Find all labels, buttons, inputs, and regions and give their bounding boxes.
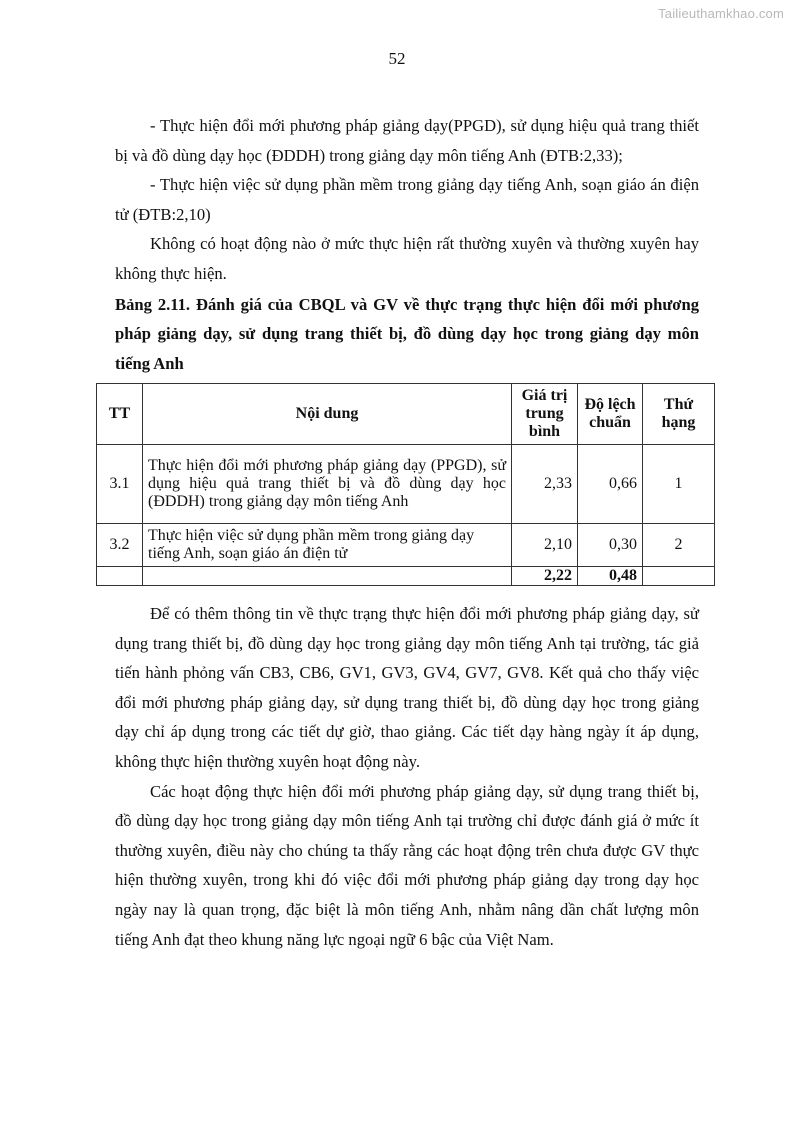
cell-sd: 0,66: [578, 445, 643, 524]
watermark: Tailieuthamkhao.com: [658, 6, 784, 21]
total-content: [143, 567, 512, 586]
table-total-row: 2,22 0,48: [97, 567, 715, 586]
table-row: 3.2 Thực hiện việc sử dụng phần mềm tron…: [97, 524, 715, 567]
header-sd: Độ lệch chuẩn: [578, 384, 643, 445]
header-content: Nội dung: [143, 384, 512, 445]
table-header-row: TT Nội dung Giá trị trung bình Độ lệch c…: [97, 384, 715, 445]
cell-sd: 0,30: [578, 524, 643, 567]
header-tt: TT: [97, 384, 143, 445]
table-caption: Bảng 2.11. Đánh giá của CBQL và GV về th…: [115, 290, 699, 378]
cell-mean: 2,10: [512, 524, 578, 567]
cell-tt: 3.2: [97, 524, 143, 567]
header-rank: Thứ hạng: [643, 384, 715, 445]
cell-rank: 1: [643, 445, 715, 524]
total-sd: 0,48: [578, 567, 643, 586]
total-mean: 2,22: [512, 567, 578, 586]
intro-paragraph: Không có hoạt động nào ở mức thực hiện r…: [115, 229, 699, 288]
total-rank: [643, 567, 715, 586]
page-number: 52: [0, 49, 794, 69]
total-tt: [97, 567, 143, 586]
intro-section: - Thực hiện đổi mới phương pháp giảng dạ…: [115, 111, 699, 289]
cell-content: Thực hiện đổi mới phương pháp giảng dạy …: [143, 445, 512, 524]
body-paragraph: Các hoạt động thực hiện đổi mới phương p…: [115, 777, 699, 955]
header-mean: Giá trị trung bình: [512, 384, 578, 445]
intro-paragraph: - Thực hiện đổi mới phương pháp giảng dạ…: [115, 111, 699, 170]
cell-rank: 2: [643, 524, 715, 567]
cell-content: Thực hiện việc sử dụng phần mềm trong gi…: [143, 524, 512, 567]
body-section: Để có thêm thông tin về thực trạng thực …: [115, 599, 699, 954]
cell-tt: 3.1: [97, 445, 143, 524]
body-paragraph: Để có thêm thông tin về thực trạng thực …: [115, 599, 699, 777]
cell-mean: 2,33: [512, 445, 578, 524]
table-row: 3.1 Thực hiện đổi mới phương pháp giảng …: [97, 445, 715, 524]
evaluation-table: TT Nội dung Giá trị trung bình Độ lệch c…: [96, 383, 715, 586]
intro-paragraph: - Thực hiện việc sử dụng phần mềm trong …: [115, 170, 699, 229]
